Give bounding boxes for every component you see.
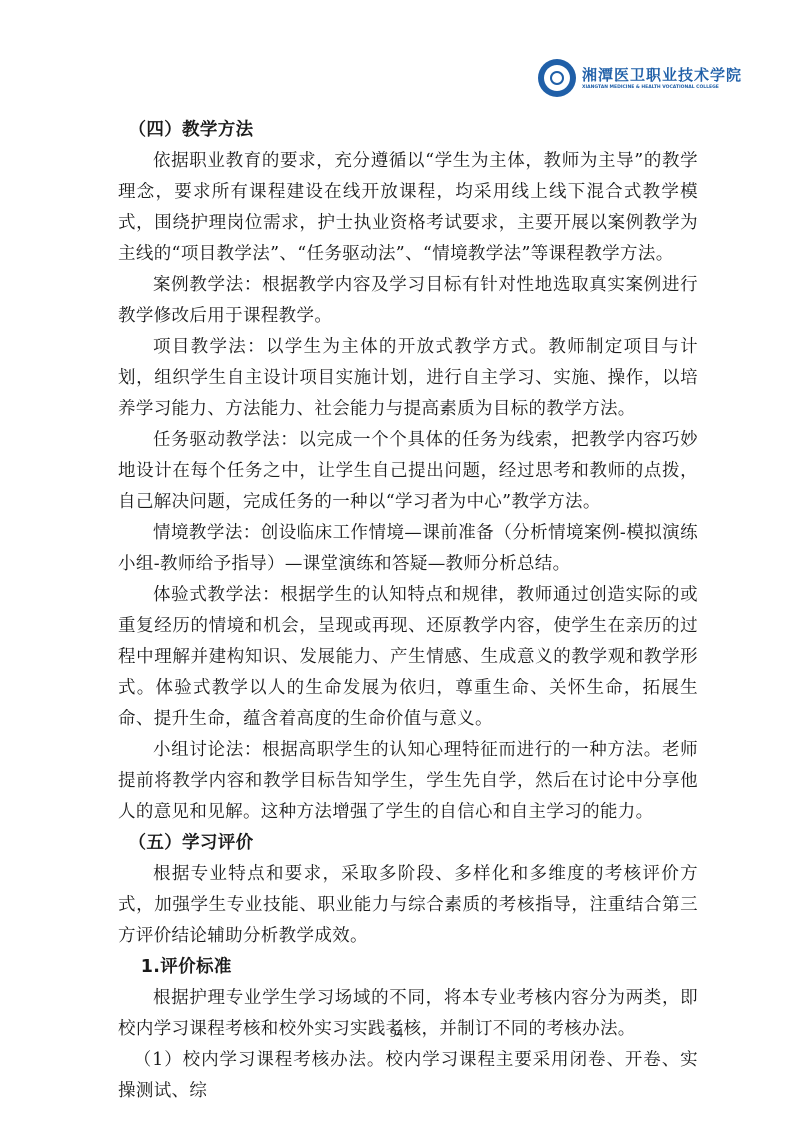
paragraph-task-method: 任务驱动教学法：以完成一个个具体的任务为线索，把教学内容巧妙地设计在每个任务之中… [118,425,698,518]
paragraph-group-discussion: 小组讨论法：根据高职学生的认知心理特征而进行的一种方法。老师提前将教学内容和教学… [118,735,698,828]
paragraph-situational-method: 情境教学法：创设临床工作情境—课前准备（分析情境案例-模拟演练小组-教师给予指导… [118,518,698,580]
college-name: 湘潭医卫职业技术学院 XIANGTAN MEDICINE & HEALTH VO… [582,66,742,91]
paragraph-on-campus-assessment: （1）校内学习课程考核办法。校内学习课程主要采用闭卷、开卷、实操测试、综 [118,1045,698,1107]
paragraph-experiential-method: 体验式教学法：根据学生的认知特点和规律，教师通过创造实际的或重复经历的情境和机会… [118,580,698,735]
college-name-en: XIANGTAN MEDICINE & HEALTH VOCATIONAL CO… [582,84,742,91]
paragraph-intro: 依据职业教育的要求，充分遵循以“学生为主体，教师为主导”的教学理念，要求所有课程… [118,146,698,270]
paragraph-project-method: 项目教学法：以学生为主体的开放式教学方式。教师制定项目与计划，组织学生自主设计项… [118,332,698,425]
section-heading-teaching-methods: （四）教学方法 [118,115,698,146]
page-number: 94 [0,1025,793,1041]
college-name-cn: 湘潭医卫职业技术学院 [582,66,742,84]
section-heading-learning-evaluation: （五）学习评价 [118,828,698,859]
subsection-heading-evaluation-standard: 1.评价标准 [118,952,698,983]
college-emblem-icon [538,59,576,97]
paragraph-evaluation-intro: 根据专业特点和要求，采取多阶段、多样化和多维度的考核评价方式，加强学生专业技能、… [118,859,698,952]
paragraph-case-method: 案例教学法：根据教学内容及学习目标有针对性地选取真实案例进行教学修改后用于课程教… [118,270,698,332]
college-logo: 湘潭医卫职业技术学院 XIANGTAN MEDICINE & HEALTH VO… [538,58,742,98]
document-body: （四）教学方法 依据职业教育的要求，充分遵循以“学生为主体，教师为主导”的教学理… [118,115,698,1107]
